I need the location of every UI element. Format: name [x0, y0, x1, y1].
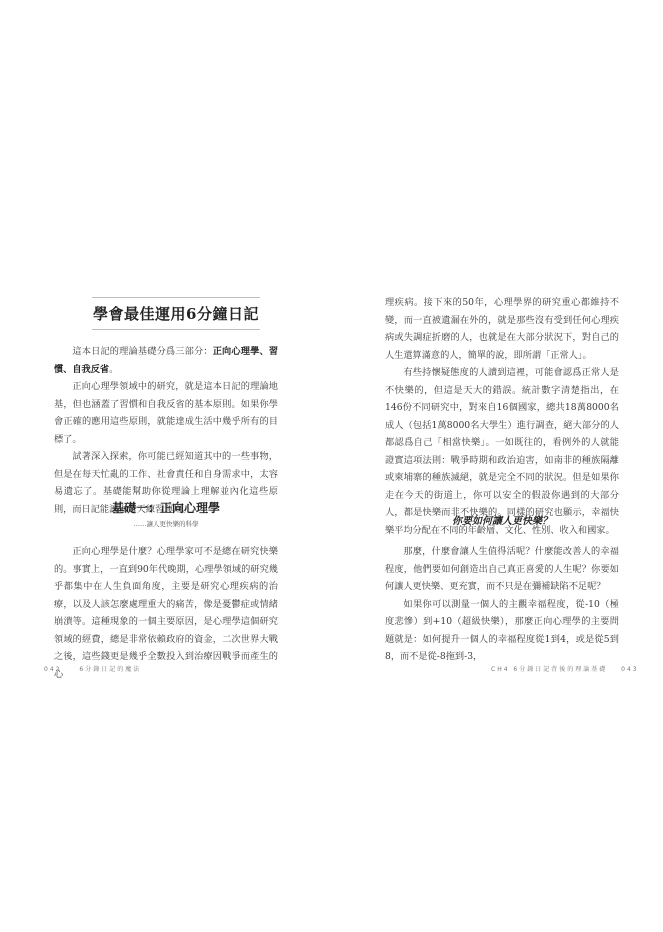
subsection-heading-block: 基礎一：正向心理學 ……讓人更快樂的科學	[54, 499, 278, 528]
right-body-text-2: 那麼，什麼會讓人生值得活呢？什麼能改善人的幸福程度，他們要如何創造出自己真正喜愛…	[385, 543, 619, 666]
left-body-text-2: 正向心理學是什麼？心理學家可不是總在研究快樂的。事實上，一直到90年代晚期，心理…	[54, 543, 278, 683]
intro-paragraph: 這本日記的理論基礎分爲三部分：正向心理學、習慣、自我反省。	[54, 343, 278, 378]
paragraph: 那麼，什麼會讓人生值得活呢？什麼能改善人的幸福程度，他們要如何創造出自己真正喜愛…	[385, 543, 619, 596]
paragraph: 正向心理學領域中的研究，就是這本日記的理論地基，但也涵蓋了習慣和自我反省的基本原…	[54, 378, 278, 448]
question-heading: 你要如何讓人更快樂？	[385, 512, 619, 527]
paragraph: 如果你可以測量一個人的主觀幸福程度，從-10（極度悲慘）到+10（超級快樂），那…	[385, 596, 619, 666]
page-number: 043	[621, 666, 638, 673]
intro-suffix: 。	[109, 364, 118, 375]
paragraph: 理疾病。接下來的50年，心理學界的研究重心都維持不變，而一直被遺漏在外的，就是那…	[385, 294, 619, 364]
right-body-text: 理疾病。接下來的50年，心理學界的研究重心都維持不變，而一直被遺漏在外的，就是那…	[385, 294, 619, 539]
section-title-block: 學會最佳運用6分鐘日記	[92, 297, 260, 330]
intro-prefix: 這本日記的理論基礎分爲三部分：	[72, 346, 212, 357]
section-title: 學會最佳運用6分鐘日記	[92, 298, 260, 329]
left-page: 學會最佳運用6分鐘日記 這本日記的理論基礎分爲三部分：正向心理學、習慣、自我反省…	[0, 0, 331, 932]
left-body-text: 這本日記的理論基礎分爲三部分：正向心理學、習慣、自我反省。 正向心理學領域中的研…	[54, 343, 278, 518]
left-footer: 042 6分鐘日記的魔法	[44, 664, 141, 673]
subsection-heading: 基礎一：正向心理學	[54, 499, 278, 516]
title-bottom-rule	[92, 329, 260, 330]
paragraph: 正向心理學是什麼？心理學家可不是總在研究快樂的。事實上，一直到90年代晚期，心理…	[54, 543, 278, 683]
page-number: 042	[44, 666, 61, 673]
right-page: 理疾病。接下來的50年，心理學界的研究重心都維持不變，而一直被遺漏在外的，就是那…	[331, 0, 663, 932]
right-footer: CH4 6分鐘日記背後的理論基礎 043	[491, 664, 639, 673]
book-title: 6分鐘日記的魔法	[79, 666, 141, 673]
subsection-subtitle: ……讓人更快樂的科學	[54, 519, 278, 528]
chapter-title: CH4 6分鐘日記背後的理論基礎	[491, 666, 607, 673]
